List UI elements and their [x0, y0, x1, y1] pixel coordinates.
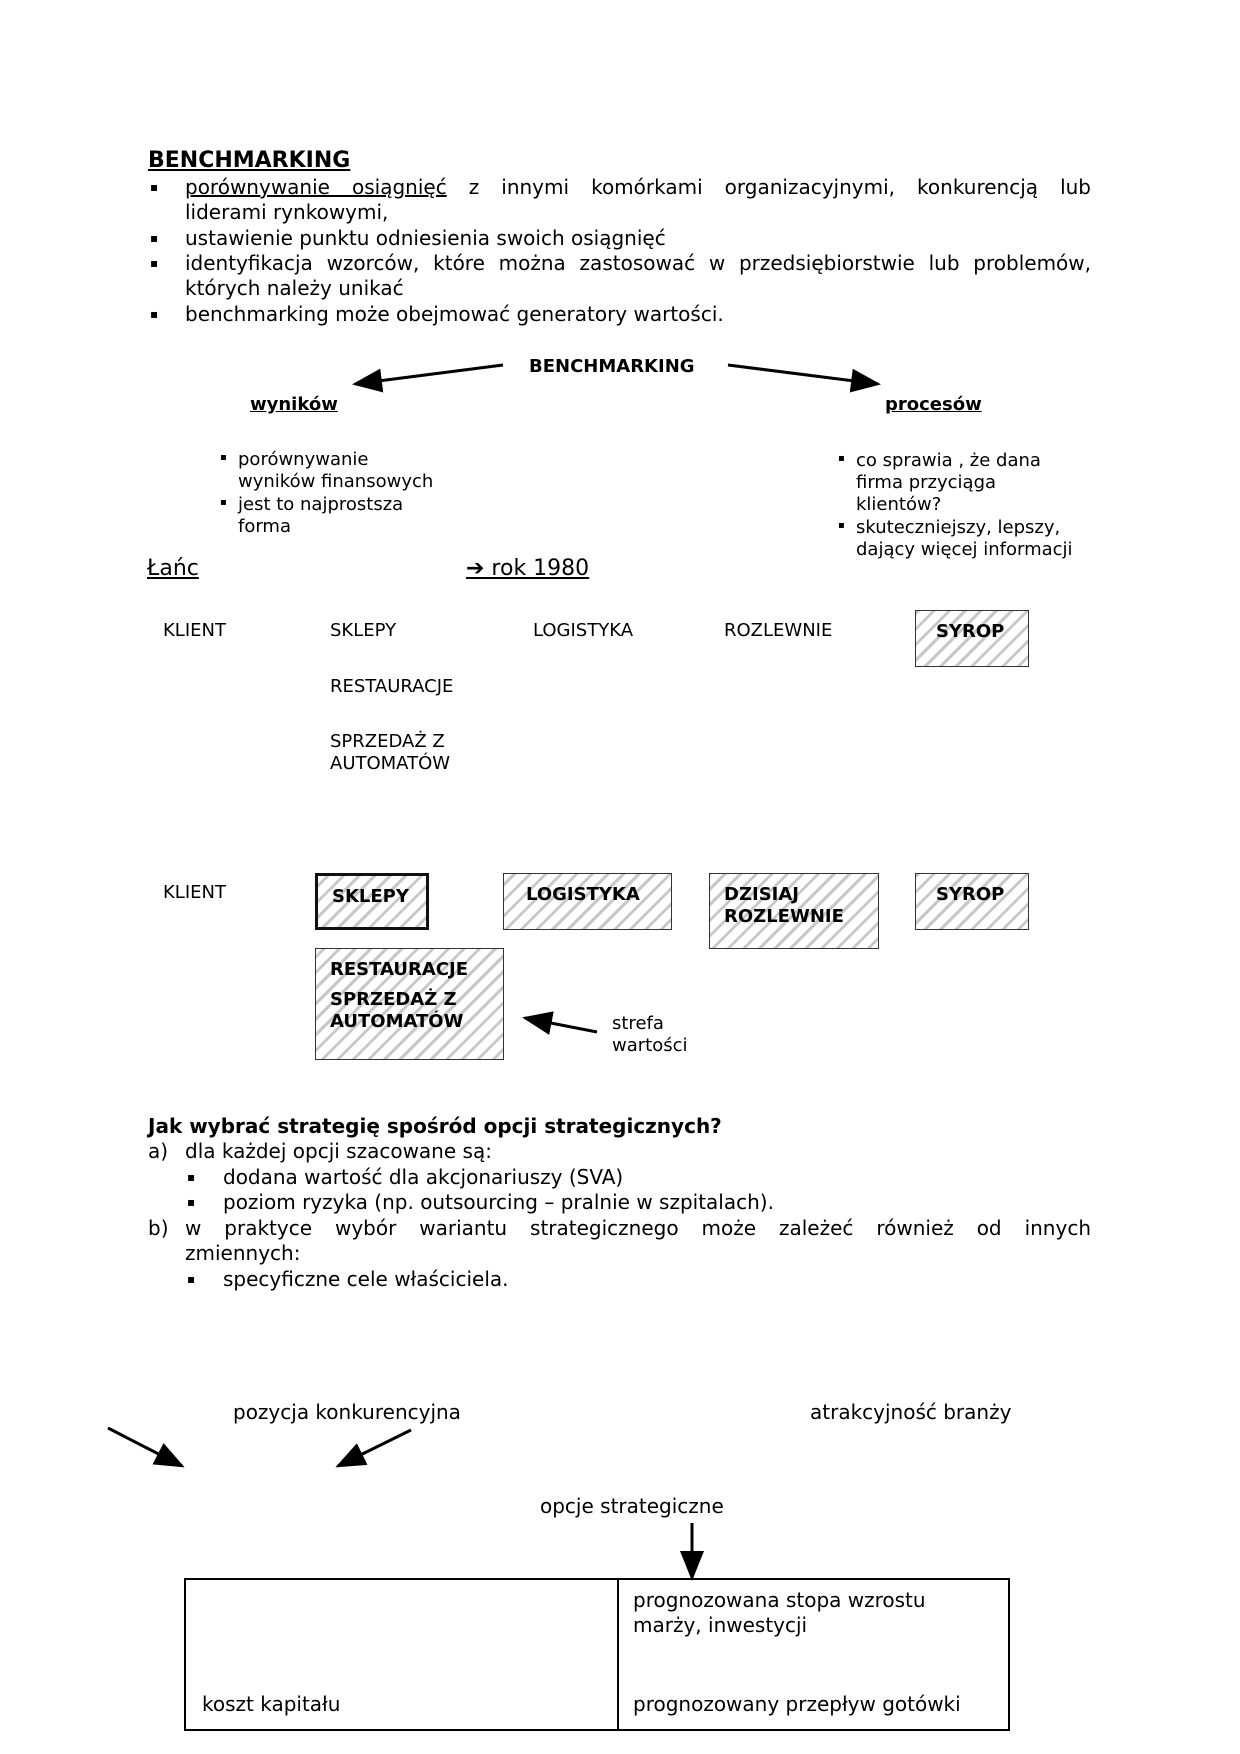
row2-rozlewnie-box: DZISIAJROZLEWNIE [709, 873, 879, 949]
strategy-a-marker: a) [148, 1139, 168, 1164]
bullet-icon: ▪ [838, 453, 845, 464]
table-divider [617, 1580, 619, 1729]
cell-prognozowana-stopa: prognozowana stopa wzrostu marży, inwest… [633, 1588, 926, 1638]
arrow-strefa [525, 1018, 597, 1032]
row1-restauracje: RESTAURACJE [330, 676, 453, 698]
arrow-to-wynikow [355, 365, 503, 384]
row2-restauracje-box: RESTAURACJE SPRZEDAŻ Z AUTOMATÓW [315, 948, 504, 1060]
row1-rozlewnie: ROZLEWNIE [724, 620, 832, 642]
row1-logistyka: LOGISTYKA [533, 620, 633, 642]
value-table: koszt kapitału prognozowana stopa wzrost… [184, 1578, 1010, 1731]
strategy-a-text: dla każdej opcji szacowane są: [185, 1139, 492, 1164]
row1-syrop-box: SYROP [915, 610, 1029, 667]
bullet-icon: ▪ [220, 452, 227, 463]
strefa-wartosci-label: strefawartości [612, 1013, 688, 1057]
row2-logistyka-box: LOGISTYKA [503, 873, 672, 930]
strategy-question: Jak wybrać strategię spośród opcji strat… [148, 1114, 722, 1139]
chain-label-truncated: Łańc [147, 556, 205, 581]
bullet-icon: ▪ [187, 1195, 195, 1209]
chain-year: ➔ rok 1980 [466, 556, 589, 581]
bullet-icon: ▪ [187, 1170, 195, 1184]
cell-przeplyw-gotowki: prognozowany przepływ gotówki [633, 1692, 961, 1717]
arrow-to-procesow [728, 365, 878, 384]
row2-klient: KLIENT [163, 882, 226, 904]
row1-klient: KLIENT [163, 620, 226, 642]
bullet-icon: ▪ [187, 1272, 195, 1286]
row2-sklepy-box: SKLEPY [315, 873, 429, 930]
bench-center-label: BENCHMARKING [529, 356, 695, 378]
strategy-a-item: poziom ryzyka (np. outsourcing – pralnie… [223, 1190, 774, 1215]
cell-koszt-kapitalu: koszt kapitału [202, 1692, 340, 1717]
bullet-icon: ▪ [220, 497, 227, 508]
bench-left-title: wyników [250, 394, 338, 416]
atrakcyjnosc-branzy-label: atrakcyjność branży [810, 1400, 1011, 1425]
bullet-icon: ▪ [838, 520, 845, 531]
strategy-a-item: dodana wartość dla akcjonariuszy (SVA) [223, 1165, 623, 1190]
arrow-left-1 [108, 1428, 182, 1466]
list-item: skuteczniejszy, lepszy,dający więcej inf… [856, 517, 1073, 561]
strategy-b-text: w praktyce wybór wariantu strategicznego… [185, 1216, 1091, 1266]
list-item: jest to najprostszaforma [238, 494, 403, 538]
list-item: porównywaniewyników finansowych [238, 449, 433, 493]
list-item: co sprawia , że danafirma przyciągaklien… [856, 450, 1041, 516]
arrow-left-2 [338, 1430, 411, 1466]
bench-right-title: procesów [885, 394, 982, 416]
strategy-b-marker: b) [148, 1216, 169, 1241]
pozycja-konkurencyjna-label: pozycja konkurencyjna [233, 1400, 461, 1425]
row1-sklepy: SKLEPY [330, 620, 396, 642]
row2-syrop-box: SYROP [915, 873, 1029, 930]
strategy-b-item: specyficzne cele właściciela. [223, 1267, 509, 1292]
row1-sprzedaz: SPRZEDAŻ ZAUTOMATÓW [330, 731, 450, 775]
opcje-strategiczne-label: opcje strategiczne [540, 1494, 724, 1519]
